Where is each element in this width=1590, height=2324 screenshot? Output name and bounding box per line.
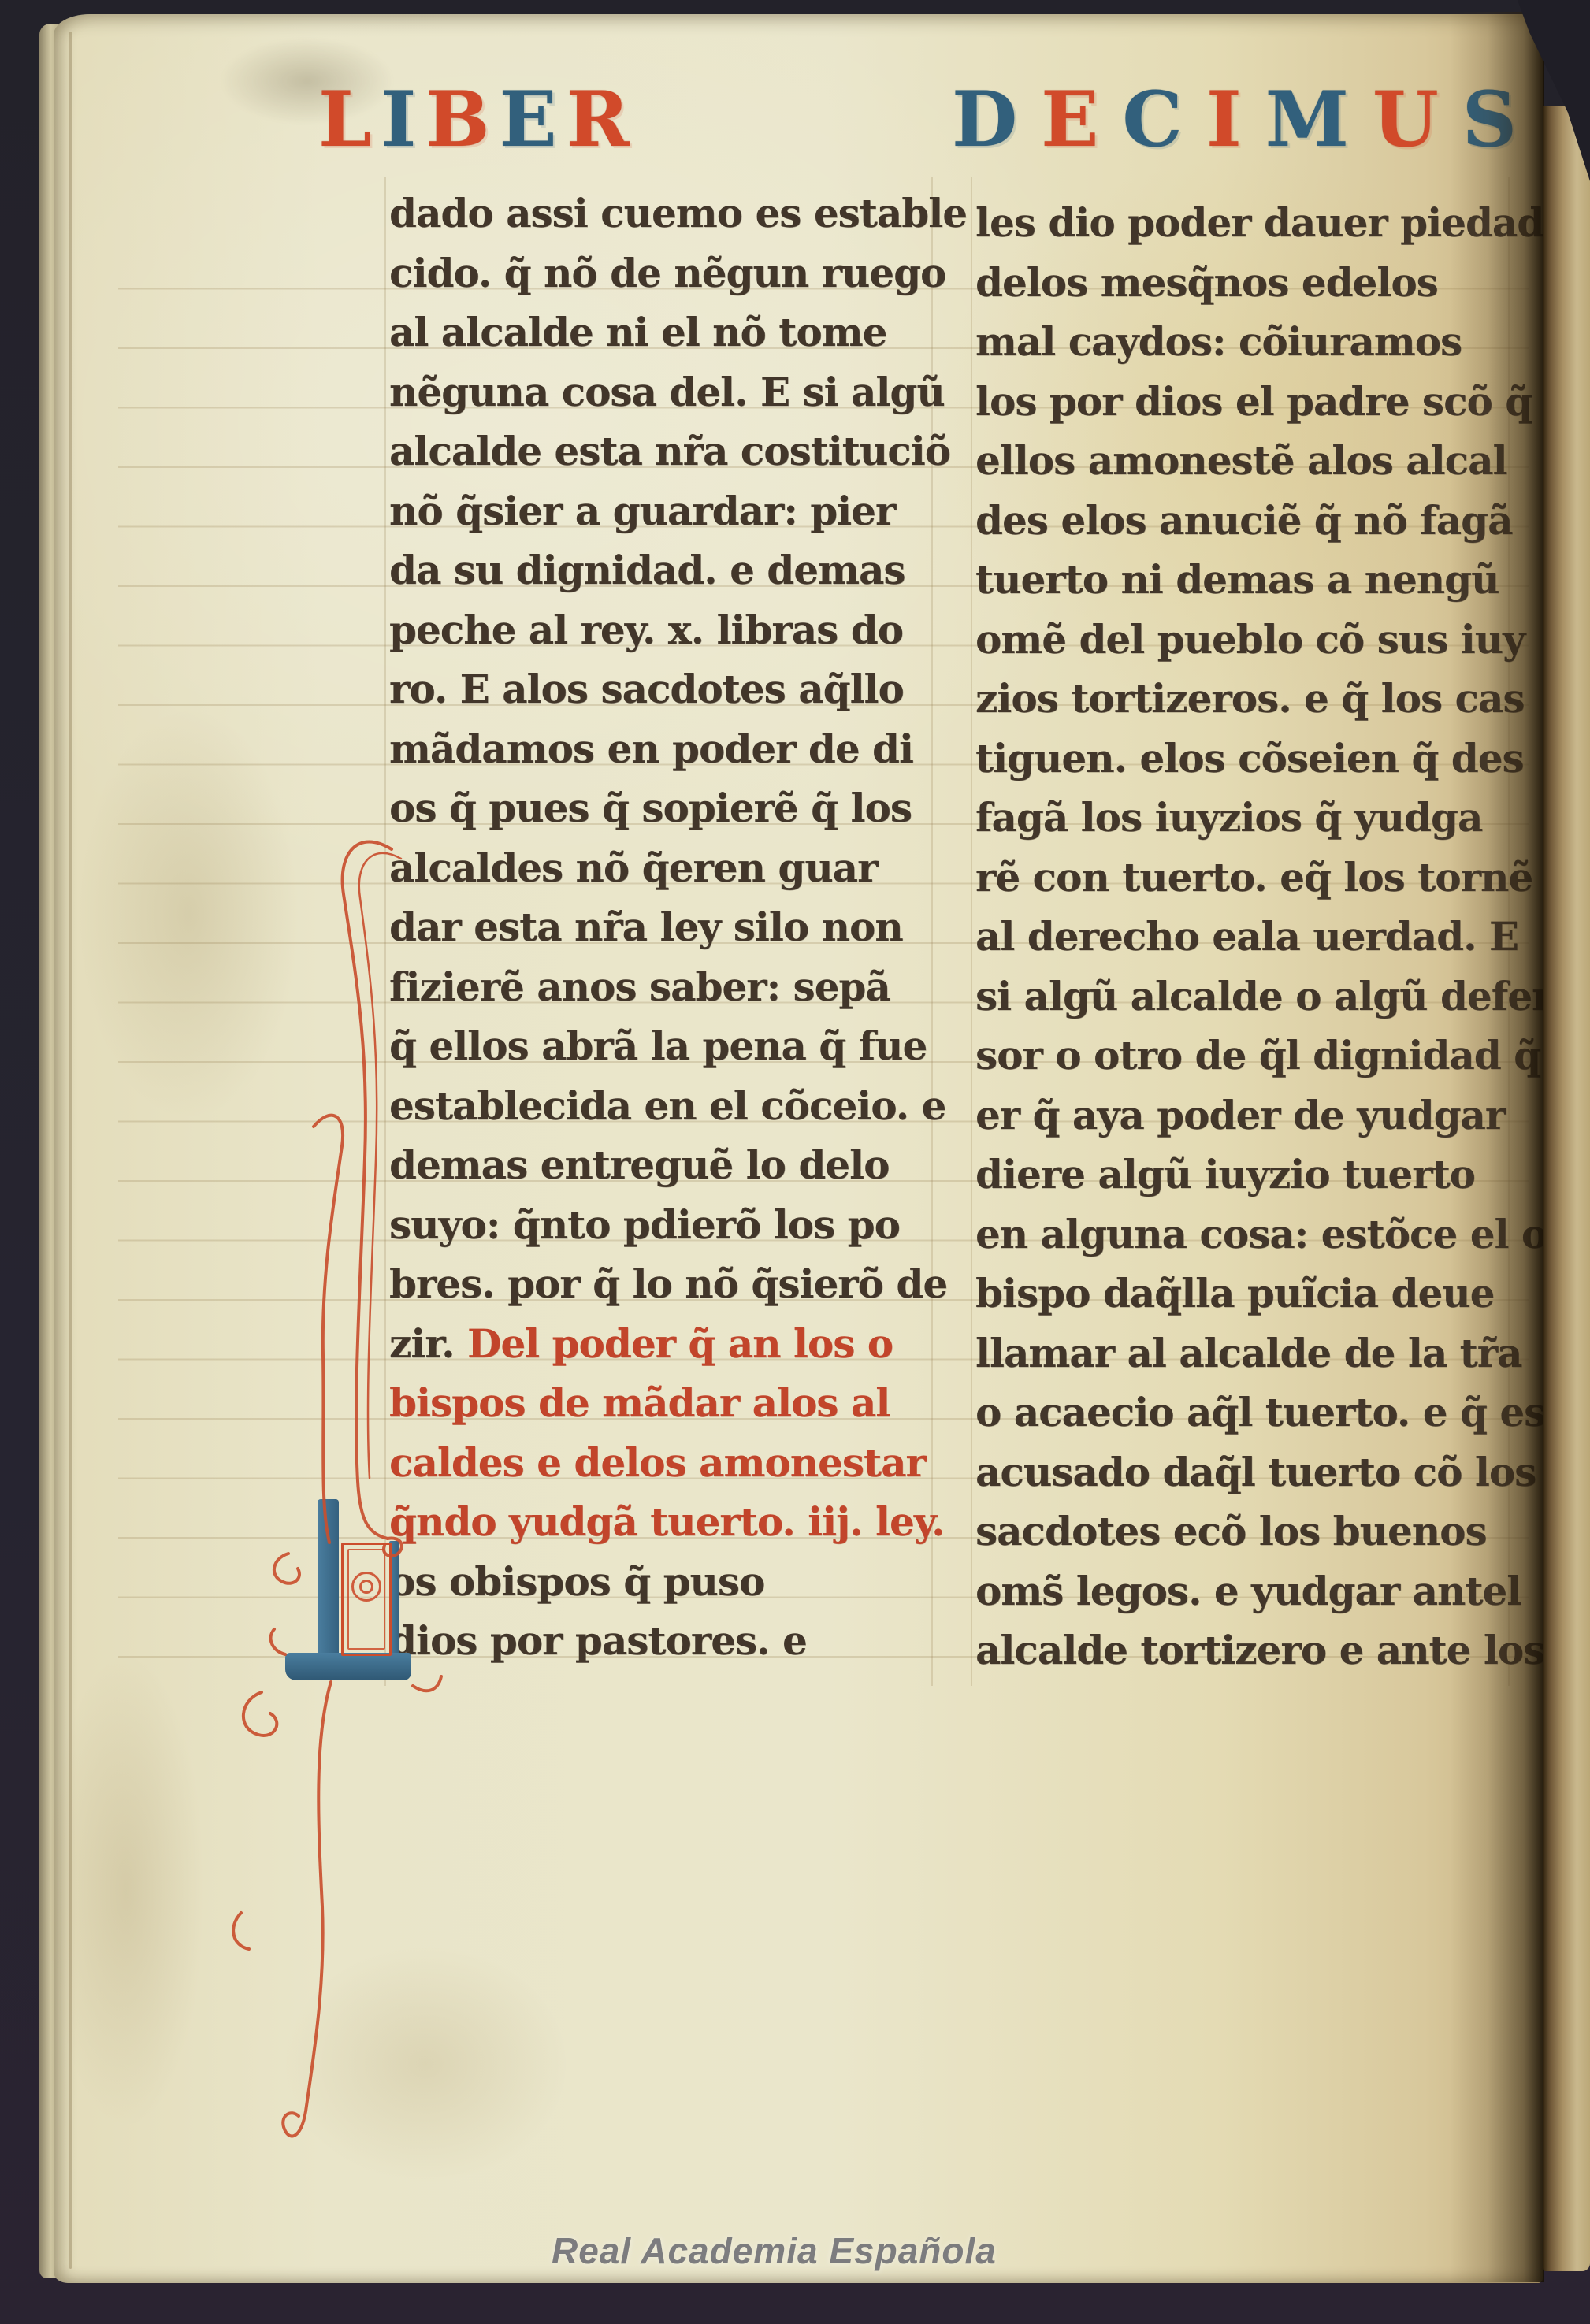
text-line: sacdotes ecõ los buenos [975,1507,1487,1556]
text-segment: peche al rey. x. libras do [389,607,903,653]
illuminated-capital: I [381,75,426,164]
text-line: tiguen. elos cõseien q̃ des [975,734,1524,783]
text-segment: tiguen. elos cõseien q̃ des [975,735,1524,781]
text-line: alcaldes nõ q̃eren guar [389,844,877,893]
illuminated-capital: L [318,75,381,164]
rubric-segment: Del poder q̃ an los o [467,1320,893,1367]
text-line: bispos de mãdar alos al [389,1379,890,1427]
text-segment: zios tortizeros. e q̃ los cas [975,675,1525,722]
text-segment: nõ q̃sier a guardar: pier [389,488,895,534]
text-segment: zir. [389,1320,467,1367]
illuminated-capital: D [952,75,1041,164]
text-segment: oms̃ legos. e yudgar antel [975,1568,1521,1614]
text-segment: tuerto ni demas a nengũ [975,556,1499,603]
text-segment: er q̃ aya poder de yudgar [975,1092,1505,1138]
text-line: des elos anuciẽ q̃ nõ fagã [975,496,1513,545]
text-line: q̃ ellos abrã la pena q̃ fue [389,1022,927,1071]
left-column: dado assi cuemo es establecido. q̃ nõ de… [389,189,941,1694]
text-segment: demas entreguẽ lo delo [389,1142,889,1188]
text-line: mal caydos: cõiuramos [975,317,1462,366]
vertical-ruling-line [384,177,386,1686]
right-column: les dio poder dauer piedaddelos mesq̃nos… [975,199,1527,1703]
initial-letter-L-base [285,1653,411,1680]
text-line: al derecho eala uerdad. E [975,912,1518,961]
text-line: alcalde esta nr̃a costituciõ [389,427,950,476]
text-segment: dar esta nr̃a ley silo non [389,904,903,950]
text-segment: alcaldes nõ q̃eren guar [389,845,877,891]
text-segment: sacdotes ecõ los buenos [975,1508,1487,1554]
text-line: demas entreguẽ lo delo [389,1141,889,1190]
text-segment: da su dignidad. e demas [389,547,905,593]
text-line: os obispos q̃ puso [389,1557,764,1606]
text-line: los por dios el padre scõ q̃ [975,377,1532,426]
text-line: caldes e delos amonestar [389,1439,926,1487]
text-line: er q̃ aya poder de yudgar [975,1091,1505,1140]
text-line: fagã los iuyzios q̃ yudga [975,793,1482,842]
text-segment: alcalde esta nr̃a costituciõ [389,428,950,474]
vertical-ruling-line [971,177,972,1686]
text-segment: cido. q̃ nõ de nẽgun ruego [389,250,945,296]
text-line: bispo daq̃lla puĩcia deue [975,1269,1494,1318]
text-line: os q̃ pues q̃ sopierẽ q̃ los [389,784,912,833]
text-segment: os obispos q̃ puso [389,1558,764,1605]
text-line: nẽguna cosa del. E si algũ [389,368,945,417]
text-segment: llamar al alcalde de la tr̃a [975,1330,1521,1376]
text-line: ellos amonestẽ alos alcal [975,436,1507,485]
text-line: cido. q̃ nõ de nẽgun ruego [389,249,945,298]
illuminated-capital: C [1122,75,1206,164]
illuminated-capital: U [1373,75,1462,164]
text-segment: nẽguna cosa del. E si algũ [389,369,945,415]
text-segment: al derecho eala uerdad. E [975,913,1518,960]
text-line: diere algũ iuyzio tuerto [975,1150,1475,1199]
filigree-spiral [351,1572,381,1602]
illuminated-capital: E [500,75,567,164]
text-segment: diere algũ iuyzio tuerto [975,1151,1475,1197]
text-line: suyo: q̃nto pdierõ los po [389,1201,900,1249]
text-segment: q̃ ellos abrã la pena q̃ fue [389,1023,927,1069]
text-line: zios tortizeros. e q̃ los cas [975,674,1525,723]
text-segment: fagã los iuyzios q̃ yudga [975,794,1482,841]
text-line: establecida en el cõceio. e [389,1082,945,1130]
text-segment: bres. por q̃ lo nõ q̃sierõ de [389,1260,947,1307]
text-line: zir. Del poder q̃ an los o [389,1320,893,1368]
text-segment: dios por pastores. e [389,1617,807,1664]
text-segment: mãdamos en poder de di [389,726,913,772]
text-line: da su dignidad. e demas [389,546,905,595]
text-segment: delos mesq̃nos edelos [975,259,1438,306]
text-segment: dado assi cuemo es estable [389,190,967,236]
text-segment: fizierẽ anos saber: sepã [389,963,890,1010]
rubric-segment: caldes e delos amonestar [389,1439,926,1486]
gutter-crease-line [69,32,72,2269]
header-liber: LIBER [318,79,639,165]
text-line: nõ q̃sier a guardar: pier [389,487,895,536]
next-page-fore-edge [1543,106,1590,2271]
text-line: dado assi cuemo es estable [389,189,967,238]
text-line: fizierẽ anos saber: sepã [389,963,890,1012]
text-segment: des elos anuciẽ q̃ nõ fagã [975,497,1513,544]
text-segment: bispo daq̃lla puĩcia deue [975,1270,1494,1316]
illuminated-capital: M [1265,75,1373,164]
illuminated-capital: R [567,75,639,164]
text-line: ro. E alos sacdotes aq̃llo [389,665,904,714]
text-line: mãdamos en poder de di [389,725,913,774]
text-segment: al alcalde ni el nõ tome [389,309,886,355]
initial-letter-L [318,1499,339,1679]
rubric-segment: bispos de mãdar alos al [389,1379,890,1426]
text-line: bres. por q̃ lo nõ q̃sierõ de [389,1260,947,1309]
text-line: dios por pastores. e [389,1617,807,1665]
illuminated-capital: I [1206,75,1265,164]
page-curl-shadow [1450,12,1544,2282]
text-segment: ellos amonestẽ alos alcal [975,437,1507,484]
text-segment: ro. E alos sacdotes aq̃llo [389,666,904,712]
text-line: q̃ndo yudgã tuerto. iij. ley. [389,1498,945,1546]
text-segment: establecida en el cõceio. e [389,1082,945,1129]
institution-watermark: Real Academia Española [552,2229,1040,2272]
text-line: llamar al alcalde de la tr̃a [975,1329,1521,1378]
text-line: omẽ del pueblo cõ sus iuy [975,615,1525,664]
illuminated-capital: E [1041,75,1122,164]
text-line: dar esta nr̃a ley silo non [389,903,903,952]
initial-filigree-panel [341,1543,392,1656]
manuscript-photo: { "document": { "type": "medieval manusc… [0,0,1590,2324]
text-line: peche al rey. x. libras do [389,606,903,655]
text-segment: suyo: q̃nto pdierõ los po [389,1201,900,1248]
text-segment: os q̃ pues q̃ sopierẽ q̃ los [389,785,912,831]
text-segment: omẽ del pueblo cõ sus iuy [975,616,1525,663]
text-segment: mal caydos: cõiuramos [975,318,1462,365]
text-line: al alcalde ni el nõ tome [389,308,886,357]
text-line: oms̃ legos. e yudgar antel [975,1567,1521,1616]
rubric-segment: q̃ndo yudgã tuerto. iij. ley. [389,1498,945,1545]
text-line: tuerto ni demas a nengũ [975,555,1499,604]
text-line: delos mesq̃nos edelos [975,258,1438,307]
text-segment: los por dios el padre scõ q̃ [975,378,1532,425]
illuminated-capital: B [425,75,499,164]
